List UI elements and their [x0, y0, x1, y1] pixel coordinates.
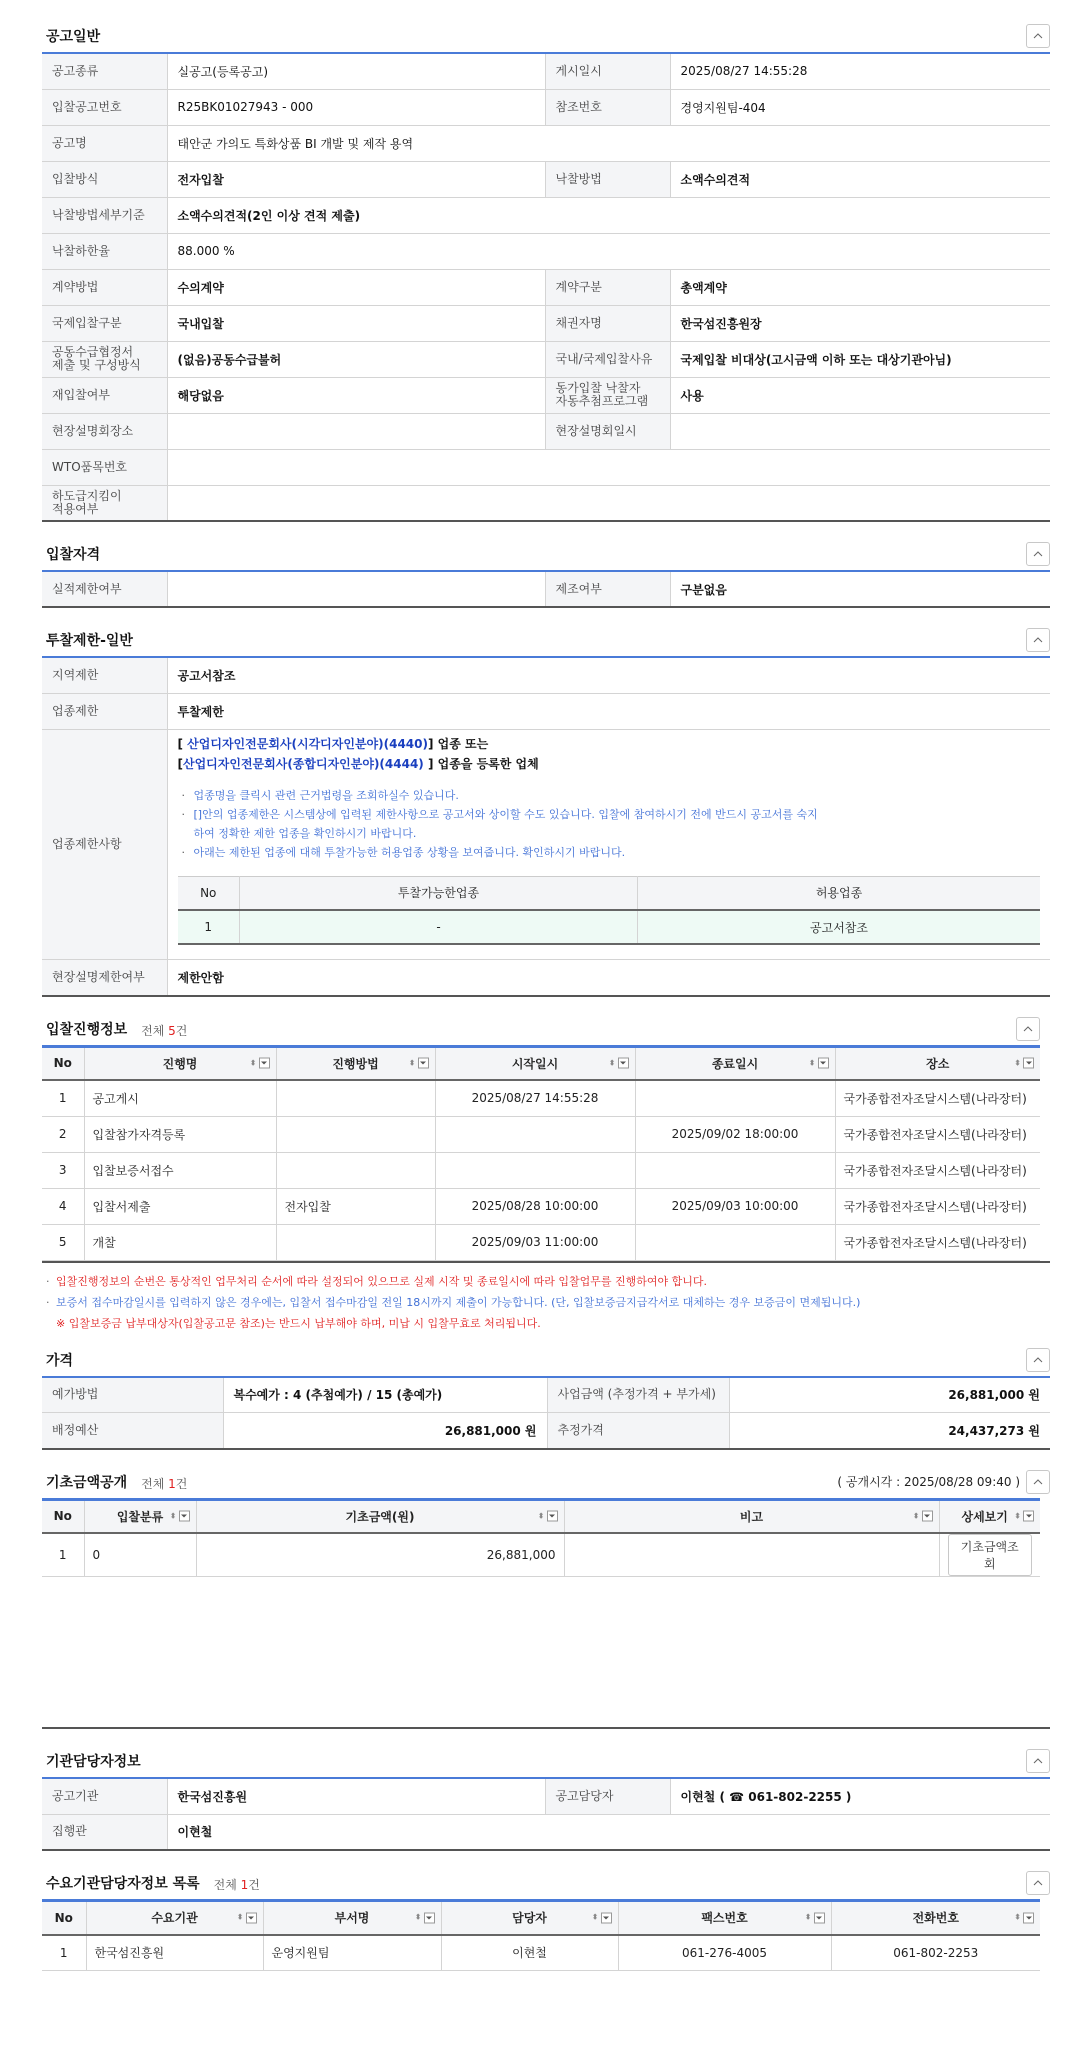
chevron-up-icon	[1033, 1880, 1043, 1886]
sort-icon[interactable]: ⬍	[609, 1059, 616, 1067]
value-estimated: 24,437,273 원	[729, 1413, 1050, 1449]
cell-start	[435, 1152, 635, 1188]
section-divider	[42, 1261, 1050, 1263]
label-site-limit: 현장설명제한여부	[42, 960, 167, 996]
table-row: 공고종류 실공고(등록공고) 게시일시 2025/08/27 14:55:28	[42, 53, 1050, 89]
filter-dropdown-icon[interactable]	[179, 1511, 190, 1522]
note-item: 업종명을 클릭시 관련 근거법령을 조회하실수 있습니다.	[178, 786, 1041, 805]
column-header-detail[interactable]: 상세보기⬍	[939, 1499, 1040, 1533]
industry-link[interactable]: 산업디자인전문회사(종합디자인분야)(4444)	[183, 757, 424, 771]
table-row: 현장설명회장소 현장설명회일시	[42, 413, 1050, 449]
header-label: 시작일시	[512, 1057, 558, 1071]
value-industry: 투찰제한	[167, 693, 1050, 729]
industry-line: [ 산업디자인전문회사(시각디자인분야)(4440)] 업종 또는	[178, 734, 1041, 754]
table-row: 집행관 이현철	[42, 1814, 1050, 1850]
table-row: 하도급지킴이적용여부	[42, 485, 1050, 521]
header-label: 진행방법	[332, 1057, 378, 1071]
sort-icon[interactable]: ⬍	[415, 1914, 422, 1922]
header-label: 상세보기	[962, 1510, 1008, 1524]
cell-end: 2025/09/03 10:00:00	[635, 1188, 835, 1224]
header-label: 진행명	[163, 1057, 198, 1071]
column-header-place[interactable]: 장소⬍	[835, 1046, 1040, 1080]
label-estimated: 추정가격	[547, 1413, 729, 1449]
open-time: ( 공개시각 : 2025/08/28 09:40 )	[837, 1473, 1020, 1490]
section-header-general: 공고일반	[42, 18, 1050, 52]
label-line: 자동추첨프로그램	[556, 394, 649, 408]
value-perf-limit	[167, 571, 545, 607]
cell-fax: 061-276-4005	[618, 1935, 831, 1971]
label-posted-at: 게시일시	[545, 53, 670, 89]
cell-no: 1	[42, 1935, 86, 1971]
cell-step-method: 전자입찰	[276, 1188, 435, 1224]
count-suffix: 건	[248, 1878, 260, 1892]
section-title: 입찰진행정보	[42, 1019, 127, 1039]
table-row: 배정예산 26,881,000 원 추정가격 24,437,273 원	[42, 1413, 1050, 1449]
table-header-row: No 수요기관⬍ 부서명⬍ 담당자⬍ 팩스번호⬍ 전화번호⬍	[42, 1901, 1040, 1935]
filter-dropdown-icon[interactable]	[814, 1912, 825, 1923]
header-label: 종료일시	[712, 1057, 758, 1071]
count-suffix: 건	[176, 1024, 188, 1038]
value-award-method: 소액수의견적	[670, 161, 1050, 197]
cell-end	[635, 1152, 835, 1188]
table-row: 1 한국섬진흥원 운영지원팀 이현철 061-276-4005 061-802-…	[42, 1935, 1040, 1971]
cell-phone: 061-802-2253	[831, 1935, 1040, 1971]
value-industry-detail: [ 산업디자인전문회사(시각디자인분야)(4440)] 업종 또는 [산업디자인…	[167, 729, 1050, 960]
label-agency: 공고기관	[42, 1778, 167, 1814]
cell-allowed-industry: 공고서참조	[638, 910, 1041, 944]
label-creditor: 채권자명	[545, 305, 670, 341]
collapse-button[interactable]	[1026, 1470, 1050, 1494]
progress-notes: 입찰진행정보의 순번은 통상적인 업무처리 순서에 따라 설정되어 있으므로 실…	[42, 1271, 1050, 1334]
filter-dropdown-icon[interactable]	[1023, 1511, 1034, 1522]
value-notice-no: R25BK01027943 - 000	[167, 89, 545, 125]
base-amount-lookup-button[interactable]: 기초금액조회	[948, 1534, 1033, 1576]
cell-place: 국가종합전자조달시스템(나라장터)	[835, 1080, 1040, 1116]
filter-dropdown-icon[interactable]	[601, 1912, 612, 1923]
cell-step-name: 개찰	[84, 1224, 276, 1260]
table-row: 1공고게시2025/08/27 14:55:28국가종합전자조달시스템(나라장터…	[42, 1080, 1040, 1116]
value-subcontract	[167, 485, 1050, 521]
value-rebid: 해당없음	[167, 377, 545, 413]
note-item: []안의 업종제한은 시스템상에 입력된 제한사항으로 공고서와 상이할 수도 …	[178, 805, 1041, 843]
count-prefix: 전체	[141, 1477, 168, 1491]
officer-phone: 061-802-2255 )	[744, 1790, 851, 1804]
section-header-base-amount: 기초금액공개 전체 1건 ( 공개시각 : 2025/08/28 09:40 )	[42, 1464, 1050, 1498]
sort-icon[interactable]: ⬍	[409, 1059, 416, 1067]
label-industry-detail: 업종제한사항	[42, 729, 167, 960]
value-notice-type: 실공고(등록공고)	[167, 53, 545, 89]
column-header-remark[interactable]: 비고⬍	[564, 1499, 939, 1533]
sort-icon[interactable]: ⬍	[250, 1059, 257, 1067]
cell-step-method	[276, 1152, 435, 1188]
chevron-up-icon	[1033, 1758, 1043, 1764]
section-header-price: 가격	[42, 1342, 1050, 1376]
table-row: 낙찰방법세부기준 소액수의견적(2인 이상 견적 제출)	[42, 197, 1050, 233]
cell-step-name: 공고게시	[84, 1080, 276, 1116]
sort-icon[interactable]: ⬍	[809, 1059, 816, 1067]
column-header: 허용업종	[638, 876, 1041, 910]
table-row: 낙찰하한율 88.000 %	[42, 233, 1050, 269]
cell-start: 2025/08/28 10:00:00	[435, 1188, 635, 1224]
collapse-button[interactable]	[1026, 628, 1050, 652]
section-title: 기초금액공개	[42, 1472, 127, 1492]
column-header-fax[interactable]: 팩스번호⬍	[618, 1901, 831, 1935]
value-executor: 이현철	[167, 1814, 1050, 1850]
bracket: [	[178, 737, 188, 751]
label-intl-type: 국제입찰구분	[42, 305, 167, 341]
filter-dropdown-icon[interactable]	[922, 1511, 933, 1522]
progress-table-body: 1공고게시2025/08/27 14:55:28국가종합전자조달시스템(나라장터…	[42, 1080, 1040, 1260]
count-number: 5	[168, 1024, 176, 1038]
cell-no: 5	[42, 1224, 84, 1260]
cell-start: 2025/09/03 11:00:00	[435, 1224, 635, 1260]
value-site-place	[167, 413, 545, 449]
filter-dropdown-icon[interactable]	[418, 1058, 429, 1069]
filter-dropdown-icon[interactable]	[246, 1912, 257, 1923]
cell-step-name: 입찰참가자격등록	[84, 1116, 276, 1152]
label-line: 공동수급협정서	[52, 345, 133, 359]
label-contract-type: 계약구분	[545, 269, 670, 305]
label-site-time: 현장설명회일시	[545, 413, 670, 449]
value-price-method: 복수예가 : 4 (추첨예가) / 15 (총예가)	[223, 1377, 547, 1413]
cell-remark	[564, 1533, 939, 1577]
collapse-button[interactable]	[1026, 542, 1050, 566]
label-notice-name: 공고명	[42, 125, 167, 161]
value-creditor: 한국섬진흥원장	[670, 305, 1050, 341]
value-project-amount: 26,881,000 원	[729, 1377, 1050, 1413]
value-budget: 26,881,000 원	[223, 1413, 547, 1449]
column-header: 투찰가능한업종	[240, 876, 638, 910]
value-region: 공고서참조	[167, 657, 1050, 693]
table-row: 예가방법 복수예가 : 4 (추첨예가) / 15 (총예가) 사업금액 (추정…	[42, 1377, 1050, 1413]
header-label: 입찰분류	[117, 1510, 163, 1524]
industry-notes: 업종명을 클릭시 관련 근거법령을 조회하실수 있습니다. []안의 업종제한은…	[178, 786, 1041, 862]
industry-text: ] 업종 또는	[428, 737, 488, 751]
note-item: 아래는 제한된 업종에 대해 투찰가능한 허용업종 상황을 보여줍니다. 확인하…	[178, 843, 1041, 862]
table-row: 업종제한사항 [ 산업디자인전문회사(시각디자인분야)(4440)] 업종 또는…	[42, 729, 1050, 960]
column-header-dept[interactable]: 부서명⬍	[263, 1901, 441, 1935]
label-lottery: 동가입찰 낙찰자자동추첨프로그램	[545, 377, 670, 413]
column-header-no: No	[42, 1499, 84, 1533]
value-site-limit: 제한안함	[167, 960, 1050, 996]
label-notice-type: 공고종류	[42, 53, 167, 89]
table-row: 2입찰참가자격등록2025/09/02 18:00:00국가종합전자조달시스템(…	[42, 1116, 1040, 1152]
section-header-progress: 입찰진행정보 전체 5건	[42, 1011, 1050, 1045]
table-row: 재입찰여부 해당없음 동가입찰 낙찰자자동추첨프로그램 사용	[42, 377, 1050, 413]
table-row: 공고명 태안군 가의도 특화상품 BI 개발 및 제작 용역	[42, 125, 1050, 161]
total-count: 전체 5건	[141, 1022, 187, 1039]
label-bid-method: 입찰방식	[42, 161, 167, 197]
cell-start	[435, 1116, 635, 1152]
table-row: 입찰방식 전자입찰 낙찰방법 소액수의견적	[42, 161, 1050, 197]
officer-name: 이현철 (	[681, 1790, 730, 1804]
sort-icon[interactable]: ⬍	[1014, 1512, 1021, 1520]
filter-dropdown-icon[interactable]	[259, 1058, 270, 1069]
value-contract-type: 총액계약	[670, 269, 1050, 305]
industry-link[interactable]: 산업디자인전문회사(시각디자인분야)(4440)	[187, 737, 428, 751]
chevron-up-icon	[1033, 33, 1043, 39]
column-header-category[interactable]: 입찰분류⬍	[84, 1499, 196, 1533]
header-label: 비고	[740, 1510, 763, 1524]
value-site-time	[670, 413, 1050, 449]
cell-end	[635, 1224, 835, 1260]
table-row: 계약방법 수의계약 계약구분 총액계약	[42, 269, 1050, 305]
cell-no: 1	[42, 1533, 84, 1577]
cell-place: 국가종합전자조달시스템(나라장터)	[835, 1116, 1040, 1152]
count-number: 1	[168, 1477, 176, 1491]
cell-start: 2025/08/27 14:55:28	[435, 1080, 635, 1116]
cell-place: 국가종합전자조달시스템(나라장터)	[835, 1152, 1040, 1188]
label-line: 동가입찰 낙찰자	[556, 381, 641, 395]
section-divider	[42, 1727, 1050, 1729]
cell-step-name: 입찰서제출	[84, 1188, 276, 1224]
value-manufacture: 구분없음	[670, 571, 1050, 607]
chevron-up-icon	[1033, 637, 1043, 643]
header-label: 전화번호	[913, 1911, 959, 1925]
label-executor: 집행관	[42, 1814, 167, 1850]
cell-no: 2	[42, 1116, 84, 1152]
table-row: 현장설명제한여부 제한안함	[42, 960, 1050, 996]
bid-notice-detail: 공고일반 공고종류 실공고(등록공고) 게시일시 2025/08/27 14:5…	[42, 0, 1050, 1971]
cell-detail: 기초금액조회	[939, 1533, 1040, 1577]
label-intl-reason: 국내/국제입찰사유	[545, 341, 670, 377]
value-contract-method: 수의계약	[167, 269, 545, 305]
sort-icon[interactable]: ⬍	[805, 1914, 812, 1922]
label-manufacture: 제조여부	[545, 571, 670, 607]
value-posted-at: 2025/08/27 14:55:28	[670, 53, 1050, 89]
chevron-up-icon	[1033, 1357, 1043, 1363]
header-label: 부서명	[335, 1911, 370, 1925]
table-row: 입찰공고번호 R25BK01027943 - 000 참조번호 경영지원팀-40…	[42, 89, 1050, 125]
value-lower-rate: 88.000 %	[167, 233, 1050, 269]
sort-icon[interactable]: ⬍	[592, 1914, 599, 1922]
header-label: 팩스번호	[701, 1911, 747, 1925]
cell-person: 이현철	[441, 1935, 618, 1971]
column-header-person[interactable]: 담당자⬍	[441, 1901, 618, 1935]
industry-line: [산업디자인전문회사(종합디자인분야)(4444) ] 업종을 등록한 업체	[178, 754, 1041, 774]
note-blue: 보증서 접수마감일시를 입력하지 않은 경우에는, 입찰서 접수마감일 전일 1…	[46, 1292, 1050, 1313]
industry-text: ] 업종을 등록한 업체	[424, 757, 539, 771]
label-joint-supply: 공동수급협정서제출 및 구성방식	[42, 341, 167, 377]
label-project-amount: 사업금액 (추정가격 + 부가세)	[547, 1377, 729, 1413]
total-count: 전체 1건	[141, 1475, 187, 1492]
section-header-qualification: 입찰자격	[42, 536, 1050, 570]
value-bid-method: 전자입찰	[167, 161, 545, 197]
table-header-row: No 입찰분류⬍ 기초금액(원)⬍ 비고⬍ 상세보기⬍	[42, 1499, 1040, 1533]
label-industry: 업종제한	[42, 693, 167, 729]
count-suffix: 건	[176, 1477, 188, 1491]
spacer	[42, 1577, 1050, 1727]
collapse-button[interactable]	[1026, 1871, 1050, 1895]
value-officer: 이현철 ( ☎ 061-802-2255 )	[670, 1778, 1050, 1814]
label-notice-no: 입찰공고번호	[42, 89, 167, 125]
cell-no: 3	[42, 1152, 84, 1188]
section-header-demand-contacts: 수요기관담당자정보 목록 전체 1건	[42, 1865, 1050, 1899]
column-header-start[interactable]: 시작일시⬍	[435, 1046, 635, 1080]
agency-contact-table: 공고기관 한국섬진흥원 공고담당자 이현철 ( ☎ 061-802-2255 )…	[42, 1777, 1050, 1851]
table-row: 업종제한 투찰제한	[42, 693, 1050, 729]
section-title: 수요기관담당자정보 목록	[42, 1873, 200, 1893]
section-header-agency-contact: 기관담당자정보	[42, 1743, 1050, 1777]
value-wto	[167, 449, 1050, 485]
label-line: 적용여부	[52, 502, 98, 516]
count-prefix: 전체	[214, 1878, 241, 1892]
label-wto: WTO품목번호	[42, 449, 167, 485]
section-title: 입찰자격	[42, 544, 100, 564]
phone-icon: ☎	[729, 1790, 744, 1804]
label-line: 제출 및 구성방식	[52, 358, 141, 372]
label-subcontract: 하도급지킴이적용여부	[42, 485, 167, 521]
filter-dropdown-icon[interactable]	[1023, 1912, 1034, 1923]
label-rebid: 재입찰여부	[42, 377, 167, 413]
collapse-button[interactable]	[1026, 1348, 1050, 1372]
section-header-restriction: 투찰제한-일반	[42, 622, 1050, 656]
label-lower-rate: 낙찰하한율	[42, 233, 167, 269]
label-award-method: 낙찰방법	[545, 161, 670, 197]
filter-dropdown-icon[interactable]	[424, 1912, 435, 1923]
price-table: 예가방법 복수예가 : 4 (추첨예가) / 15 (총예가) 사업금액 (추정…	[42, 1376, 1050, 1450]
cell-agency: 한국섬진흥원	[86, 1935, 263, 1971]
note-red: ※ 입찰보증금 납부대상자(입찰공고문 참조)는 반드시 납부해야 하며, 미납…	[46, 1313, 1050, 1334]
cell-no: 1	[42, 1080, 84, 1116]
chevron-up-icon	[1033, 1479, 1043, 1485]
chevron-up-icon	[1033, 551, 1043, 557]
section-title: 투찰제한-일반	[42, 630, 133, 650]
cell-step-method	[276, 1224, 435, 1260]
label-line: 하도급지킴이	[52, 489, 122, 503]
column-header-agency[interactable]: 수요기관⬍	[86, 1901, 263, 1935]
table-row: 실적제한여부 제조여부 구분없음	[42, 571, 1050, 607]
cell-place: 국가종합전자조달시스템(나라장터)	[835, 1188, 1040, 1224]
total-count: 전체 1건	[214, 1876, 260, 1893]
table-row: 지역제한 공고서참조	[42, 657, 1050, 693]
sort-icon[interactable]: ⬍	[1014, 1914, 1021, 1922]
collapse-button[interactable]	[1026, 24, 1050, 48]
table-header-row: No 진행명⬍ 진행방법⬍ 시작일시⬍ 종료일시⬍ 장소⬍	[42, 1046, 1040, 1080]
cell-step-method	[276, 1116, 435, 1152]
chevron-up-icon	[1023, 1026, 1033, 1032]
section-title: 공고일반	[42, 26, 100, 46]
cell-bid-industry: -	[240, 910, 638, 944]
section-title: 기관담당자정보	[42, 1751, 141, 1771]
table-row: 5개찰2025/09/03 11:00:00국가종합전자조달시스템(나라장터)	[42, 1224, 1040, 1260]
cell-step-name: 입찰보증서접수	[84, 1152, 276, 1188]
filter-dropdown-icon[interactable]	[618, 1058, 629, 1069]
table-row: 1 0 26,881,000 기초금액조회	[42, 1533, 1040, 1577]
sort-icon[interactable]: ⬍	[538, 1512, 545, 1520]
column-header-no: No	[42, 1046, 84, 1080]
filter-dropdown-icon[interactable]	[818, 1058, 829, 1069]
cell-category: 0	[84, 1533, 196, 1577]
table-row: 4입찰서제출전자입찰2025/08/28 10:00:002025/09/03 …	[42, 1188, 1040, 1224]
sort-icon[interactable]: ⬍	[1014, 1059, 1021, 1067]
column-header-end[interactable]: 종료일시⬍	[635, 1046, 835, 1080]
header-label: 장소	[926, 1057, 949, 1071]
sort-icon[interactable]: ⬍	[170, 1512, 177, 1520]
column-header-base-amount[interactable]: 기초금액(원)⬍	[196, 1499, 564, 1533]
column-header-method[interactable]: 진행방법⬍	[276, 1046, 435, 1080]
cell-no: 1	[178, 910, 240, 944]
table-row: 공동수급협정서제출 및 구성방식 (없음)공동수급불허 국내/국제입찰사유 국제…	[42, 341, 1050, 377]
table-row: 공고기관 한국섬진흥원 공고담당자 이현철 ( ☎ 061-802-2255 )	[42, 1778, 1050, 1814]
base-amount-table: No 입찰분류⬍ 기초금액(원)⬍ 비고⬍ 상세보기⬍ 1 0 26,881,0…	[42, 1498, 1040, 1578]
note-red: 입찰진행정보의 순번은 통상적인 업무처리 순서에 따라 설정되어 있으므로 실…	[46, 1271, 1050, 1292]
collapse-button[interactable]	[1026, 1749, 1050, 1773]
collapse-button[interactable]	[1016, 1017, 1040, 1041]
section-title: 가격	[42, 1350, 73, 1370]
filter-dropdown-icon[interactable]	[547, 1511, 558, 1522]
column-header: No	[178, 876, 240, 910]
cell-end	[635, 1080, 835, 1116]
general-info-table: 공고종류 실공고(등록공고) 게시일시 2025/08/27 14:55:28 …	[42, 52, 1050, 522]
cell-no: 4	[42, 1188, 84, 1224]
label-contract-method: 계약방법	[42, 269, 167, 305]
label-ref-no: 참조번호	[545, 89, 670, 125]
cell-dept: 운영지원팀	[263, 1935, 441, 1971]
header-label: 담당자	[512, 1911, 547, 1925]
value-notice-name: 태안군 가의도 특화상품 BI 개발 및 제작 용역	[167, 125, 1050, 161]
table-row: WTO품목번호	[42, 449, 1050, 485]
count-prefix: 전체	[141, 1024, 168, 1038]
value-award-detail: 소액수의견적(2인 이상 견적 제출)	[167, 197, 1050, 233]
column-header-name[interactable]: 진행명⬍	[84, 1046, 276, 1080]
header-label: 수요기관	[151, 1911, 197, 1925]
restriction-table: 지역제한 공고서참조 업종제한 투찰제한 업종제한사항 [ 산업디자인전문회사(…	[42, 656, 1050, 997]
column-header-no: No	[42, 1901, 86, 1935]
label-price-method: 예가방법	[42, 1377, 223, 1413]
table-header-row: No 투찰가능한업종 허용업종	[178, 876, 1041, 910]
table-row: 국제입찰구분 국내입찰 채권자명 한국섬진흥원장	[42, 305, 1050, 341]
sort-icon[interactable]: ⬍	[237, 1914, 244, 1922]
label-officer: 공고담당자	[545, 1778, 670, 1814]
value-lottery: 사용	[670, 377, 1050, 413]
cell-end: 2025/09/02 18:00:00	[635, 1116, 835, 1152]
table-row: 3입찰보증서접수국가종합전자조달시스템(나라장터)	[42, 1152, 1040, 1188]
value-intl-reason: 국제입찰 비대상(고시금액 이하 또는 대상기관아님)	[670, 341, 1050, 377]
column-header-phone[interactable]: 전화번호⬍	[831, 1901, 1040, 1935]
label-site-place: 현장설명회장소	[42, 413, 167, 449]
cell-place: 국가종합전자조달시스템(나라장터)	[835, 1224, 1040, 1260]
table-row: 1 - 공고서참조	[178, 910, 1041, 944]
header-label: 기초금액(원)	[346, 1510, 415, 1524]
value-joint-supply: (없음)공동수급불허	[167, 341, 545, 377]
label-perf-limit: 실적제한여부	[42, 571, 167, 607]
cell-base-amount: 26,881,000	[196, 1533, 564, 1577]
sort-icon[interactable]: ⬍	[913, 1512, 920, 1520]
cell-step-method	[276, 1080, 435, 1116]
qualification-table: 실적제한여부 제조여부 구분없음	[42, 570, 1050, 608]
label-award-detail: 낙찰방법세부기준	[42, 197, 167, 233]
label-region: 지역제한	[42, 657, 167, 693]
filter-dropdown-icon[interactable]	[1023, 1058, 1034, 1069]
demand-contacts-table: No 수요기관⬍ 부서명⬍ 담당자⬍ 팩스번호⬍ 전화번호⬍ 1 한국섬진흥원 …	[42, 1899, 1040, 1971]
progress-table: No 진행명⬍ 진행방법⬍ 시작일시⬍ 종료일시⬍ 장소⬍ 1공고게시2025/…	[42, 1045, 1040, 1261]
value-intl-type: 국내입찰	[167, 305, 545, 341]
allowed-industry-table: No 투찰가능한업종 허용업종 1 - 공고서참조	[178, 876, 1041, 946]
value-ref-no: 경영지원팀-404	[670, 89, 1050, 125]
value-agency: 한국섬진흥원	[167, 1778, 545, 1814]
label-budget: 배정예산	[42, 1413, 223, 1449]
